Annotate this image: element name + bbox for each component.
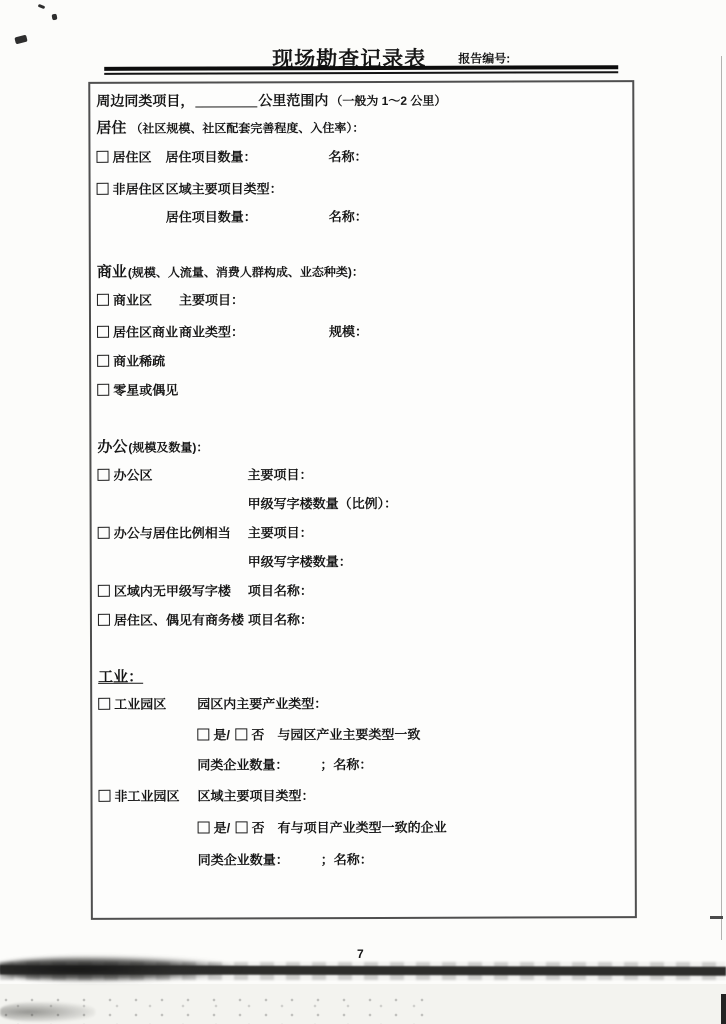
checkbox-label: 商业区 [113, 290, 152, 309]
field-label-main-project-type: 区域主要项目类型： [166, 178, 283, 197]
field-label-residential-project-count: 居住项目数量： [166, 206, 257, 225]
checkbox-group-no[interactable]: 否 [235, 724, 264, 743]
survey-form-box: 周边同类项目， 公里范围内 （一般为 1～2 公里） 居住 （社区规模、社区配套… [88, 80, 637, 920]
field-label-grade-a-office-count-ratio: 甲级写字楼数量（比例）： [248, 493, 398, 512]
checkbox-group-yes[interactable]: 是/ [197, 724, 230, 743]
divider-thick-line [104, 65, 618, 71]
field-label-main-projects: 主要项目： [179, 289, 244, 308]
checkbox-group-commercial-area[interactable]: 商业区 [97, 290, 152, 309]
field-label-main-projects: 主要项目： [247, 464, 312, 483]
title-divider [104, 65, 618, 75]
field-label-name: ；名称： [321, 849, 373, 868]
checkbox-group-no-grade-a-office[interactable]: 区域内无甲级写字楼 [98, 580, 231, 599]
ink-speck [14, 35, 27, 45]
page-edge-dash [710, 916, 723, 919]
page-edge-line [721, 56, 722, 940]
page-edge-bar [721, 994, 726, 1024]
report-number-label: 报告编号: [458, 50, 510, 67]
checkbox-label: 居住区、偶见有商务楼 [114, 609, 244, 628]
field-label-main-project-type: 区域主要项目类型： [197, 785, 314, 804]
checkbox-label: 办公区 [113, 465, 152, 484]
checkbox-yes[interactable] [198, 821, 210, 833]
field-label-grade-a-office-count: 甲级写字楼数量： [248, 551, 352, 570]
yes-no-clause: 与园区产业主要类型一致 [277, 724, 420, 743]
checkbox-label: 办公与居住比例相当 [114, 522, 231, 541]
field-label-project-name: 项目名称： [248, 580, 313, 599]
checkbox-label: 是/ [214, 817, 231, 836]
checkbox-commercial-area[interactable] [97, 293, 109, 305]
checkbox-label: 工业园区 [114, 694, 166, 713]
scan-noise-blob [0, 956, 240, 982]
checkbox-residential-area[interactable] [96, 150, 108, 162]
section-title-commercial: 商业 [97, 261, 127, 282]
checkbox-group-office-area[interactable]: 办公区 [97, 465, 152, 484]
checkbox-group-no[interactable]: 否 [236, 817, 265, 836]
checkbox-group-yes[interactable]: 是/ [198, 817, 231, 836]
checkbox-office-area[interactable] [97, 468, 109, 480]
scope-suffix: 公里范围内 [258, 90, 328, 110]
ink-speck [38, 4, 46, 9]
checkbox-group-scattered-commerce[interactable]: 零星或偶见 [97, 380, 178, 399]
checkbox-office-residential-equal[interactable] [98, 526, 110, 538]
field-label-residential-project-count: 居住项目数量： [165, 146, 256, 165]
field-label-name: ；名称： [320, 754, 372, 773]
field-label-park-industry-type: 园区内主要产业类型： [197, 693, 327, 712]
checkbox-residential-occasional-office[interactable] [98, 613, 110, 625]
section-note-commercial: (规模、人流量、消费人群构成、业态种类)： [128, 263, 364, 281]
checkbox-scattered-commerce[interactable] [97, 383, 109, 395]
checkbox-group-non-residential-area[interactable]: 非居住区 [97, 179, 165, 198]
checkbox-label: 区域内无甲级写字楼 [114, 580, 231, 599]
field-label-same-type-enterprise-count: 同类企业数量： [198, 849, 289, 868]
checkbox-non-industrial-park[interactable] [98, 789, 110, 801]
field-label-commerce-type: 商业类型： [179, 321, 244, 340]
document-sheet: 现场勘查记录表 报告编号: 周边同类项目， 公里范围内 （一般为 1～2 公里）… [0, 0, 726, 1]
checkbox-label: 是/ [213, 724, 230, 743]
field-label-scale: 规模： [329, 321, 368, 340]
checkbox-group-residential-occasional-office[interactable]: 居住区、偶见有商务楼 [98, 609, 244, 628]
checkbox-label: 非工业园区 [114, 786, 179, 805]
checkbox-yes[interactable] [197, 728, 209, 740]
checkbox-label: 零星或偶见 [113, 380, 178, 399]
section-note-residential: （社区规模、社区配套完善程度、入住率）： [130, 119, 364, 137]
field-label-name: 名称： [329, 206, 368, 225]
scope-prefix: 周边同类项目， [96, 91, 194, 111]
field-label-name: 名称： [328, 146, 367, 165]
checkbox-industrial-park[interactable] [98, 697, 110, 709]
checkbox-no-grade-a-office[interactable] [98, 584, 110, 596]
field-label-same-type-enterprise-count: 同类企业数量： [197, 754, 288, 773]
checkbox-label: 居住区商业 [113, 322, 178, 341]
checkbox-sparse-commerce[interactable] [97, 354, 109, 366]
checkbox-group-office-residential-equal[interactable]: 办公与居住比例相当 [98, 522, 231, 541]
yes-no-clause: 有与项目产业类型一致的企业 [278, 817, 447, 837]
checkbox-group-residential-area[interactable]: 居住区 [96, 147, 151, 166]
scope-note: （一般为 1～2 公里） [330, 92, 446, 109]
page-number: 7 [357, 947, 364, 961]
section-title-office: 办公 [97, 436, 127, 457]
checkbox-no[interactable] [236, 821, 248, 833]
section-title-industry: 工业： [98, 666, 143, 687]
scanned-page: 现场勘查记录表 报告编号: 周边同类项目， 公里范围内 （一般为 1～2 公里）… [0, 0, 726, 1024]
ink-speck [52, 14, 58, 21]
checkbox-label: 商业稀疏 [113, 351, 165, 370]
distance-blank-field[interactable] [195, 93, 257, 107]
checkbox-label: 非居住区 [113, 179, 165, 198]
checkbox-non-residential-area[interactable] [97, 182, 109, 194]
checkbox-residential-commerce[interactable] [97, 325, 109, 337]
checkbox-group-industrial-park[interactable]: 工业园区 [98, 694, 166, 713]
divider-thin-line [104, 71, 618, 75]
section-title-residential: 居住 [96, 117, 126, 138]
checkbox-group-sparse-commerce[interactable]: 商业稀疏 [97, 351, 165, 370]
field-label-project-name: 项目名称： [248, 609, 313, 628]
checkbox-group-residential-commerce[interactable]: 居住区商业 [97, 322, 178, 341]
section-note-office: (规模及数量)： [128, 438, 208, 455]
checkbox-label: 否 [252, 817, 265, 836]
field-label-main-projects: 主要项目： [248, 522, 313, 541]
checkbox-no[interactable] [235, 728, 247, 740]
checkbox-group-non-industrial-park[interactable]: 非工业园区 [98, 786, 179, 805]
checkbox-label: 居住区 [112, 147, 151, 166]
checkbox-label: 否 [251, 724, 264, 743]
scan-grain-dark [0, 1002, 95, 1022]
